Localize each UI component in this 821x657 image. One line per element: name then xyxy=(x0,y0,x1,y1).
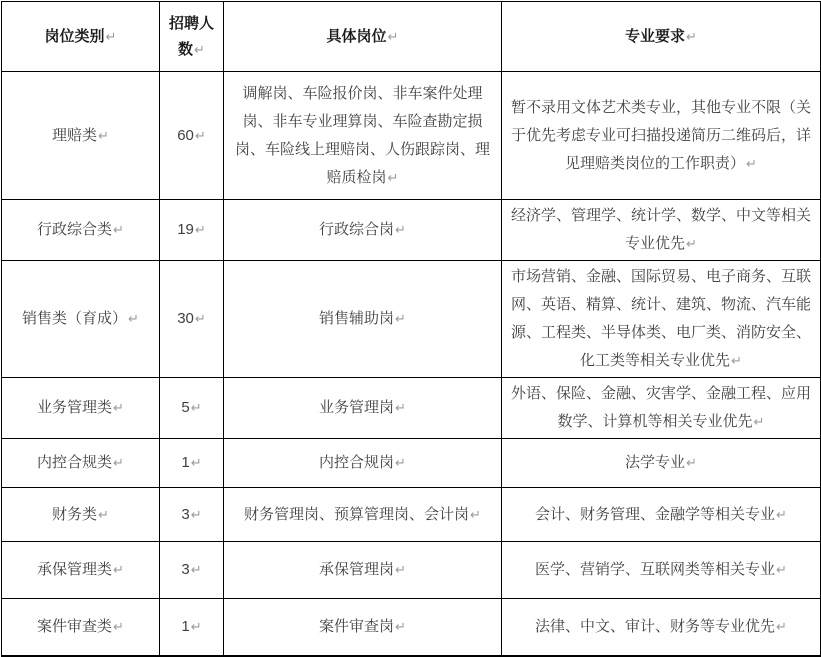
return-mark-icon: ↵ xyxy=(387,170,399,185)
requirements-text: 医学、营销学、互联网类等相关专业 xyxy=(535,561,775,578)
return-mark-icon: ↵ xyxy=(112,455,124,470)
positions-cell: 案件审查岗↵ xyxy=(224,599,502,656)
positions-cell: 财务管理岗、预算管理岗、会计岗↵ xyxy=(224,488,502,542)
return-mark-icon: ↵ xyxy=(194,222,206,237)
category-cell: 销售类（育成）↵ xyxy=(2,261,160,378)
header-cell-category: 岗位类别↵ xyxy=(2,2,160,72)
count-cell: 60↵ xyxy=(160,72,224,200)
return-mark-icon: ↵ xyxy=(112,222,124,237)
count-text: 3 xyxy=(181,561,189,578)
requirements-text: 会计、财务管理、金融学等相关专业 xyxy=(535,506,775,523)
count-cell: 30↵ xyxy=(160,261,224,378)
return-mark-icon: ↵ xyxy=(97,128,109,143)
requirements-cell: 市场营销、金融、国际贸易、电子商务、互联网、英语、精算、统计、建筑、物流、汽车能… xyxy=(502,261,821,378)
category-text: 财务类 xyxy=(52,506,97,523)
requirements-cell: 会计、财务管理、金融学等相关专业↵ xyxy=(502,488,821,542)
category-cell: 理赔类↵ xyxy=(2,72,160,200)
category-cell: 内控合规类↵ xyxy=(2,439,160,488)
positions-cell: 销售辅助岗↵ xyxy=(224,261,502,378)
positions-text: 承保管理岗 xyxy=(319,561,394,578)
return-mark-icon: ↵ xyxy=(775,507,787,522)
positions-text: 财务管理岗、预算管理岗、会计岗 xyxy=(244,506,469,523)
category-text: 业务管理类 xyxy=(37,399,112,416)
return-mark-icon: ↵ xyxy=(112,562,124,577)
return-mark-icon: ↵ xyxy=(775,619,787,634)
requirements-text: 法律、中文、审计、财务等专业优先 xyxy=(535,618,775,635)
count-text: 5 xyxy=(181,399,189,416)
category-cell: 承保管理类↵ xyxy=(2,542,160,599)
count-cell: 3↵ xyxy=(160,488,224,542)
count-cell: 5↵ xyxy=(160,378,224,439)
recruitment-table: 岗位类别↵ 招聘人数↵ 具体岗位↵ 专业要求↵ 理赔类↵ 60↵ 调解岗、车险报… xyxy=(1,1,821,657)
return-mark-icon: ↵ xyxy=(753,414,765,429)
return-mark-icon: ↵ xyxy=(387,29,399,44)
positions-cell: 调解岗、车险报价岗、非车案件处理岗、非车专业理算岗、车险查勘定损岗、车险线上理赔… xyxy=(224,72,502,200)
return-mark-icon: ↵ xyxy=(194,311,206,326)
positions-cell: 承保管理岗↵ xyxy=(224,542,502,599)
return-mark-icon: ↵ xyxy=(730,353,742,368)
header-label: 招聘人数 xyxy=(169,15,214,58)
requirements-cell: 暂不录用文体艺术类专业，其他专业不限（关于优先考虑专业可扫描投递简历二维码后，详… xyxy=(502,72,821,200)
return-mark-icon: ↵ xyxy=(190,455,202,470)
positions-text: 行政综合岗 xyxy=(319,221,394,238)
requirements-cell: 外语、保险、金融、灾害学、金融工程、应用数学、计算机等相关专业优先↵ xyxy=(502,378,821,439)
header-label: 专业要求 xyxy=(625,28,685,45)
return-mark-icon: ↵ xyxy=(685,455,697,470)
category-cell: 财务类↵ xyxy=(2,488,160,542)
return-mark-icon: ↵ xyxy=(112,619,124,634)
return-mark-icon: ↵ xyxy=(190,619,202,634)
count-cell: 1↵ xyxy=(160,599,224,656)
return-mark-icon: ↵ xyxy=(190,562,202,577)
positions-text: 销售辅助岗 xyxy=(319,310,394,327)
return-mark-icon: ↵ xyxy=(190,507,202,522)
table-row: 销售类（育成）↵ 30↵ 销售辅助岗↵ 市场营销、金融、国际贸易、电子商务、互联… xyxy=(2,261,821,378)
header-cell-positions: 具体岗位↵ xyxy=(224,2,502,72)
category-cell: 行政综合类↵ xyxy=(2,200,160,261)
header-label: 具体岗位 xyxy=(327,28,387,45)
table-row: 理赔类↵ 60↵ 调解岗、车险报价岗、非车案件处理岗、非车专业理算岗、车险查勘定… xyxy=(2,72,821,200)
header-cell-count: 招聘人数↵ xyxy=(160,2,224,72)
requirements-text: 暂不录用文体艺术类专业，其他专业不限（关于优先考虑专业可扫描投递简历二维码后，详… xyxy=(511,99,811,172)
return-mark-icon: ↵ xyxy=(112,400,124,415)
category-text: 承保管理类 xyxy=(37,561,112,578)
requirements-text: 法学专业 xyxy=(625,454,685,471)
return-mark-icon: ↵ xyxy=(105,29,117,44)
category-text: 理赔类 xyxy=(52,127,97,144)
positions-cell: 业务管理岗↵ xyxy=(224,378,502,439)
count-cell: 19↵ xyxy=(160,200,224,261)
positions-text: 业务管理岗 xyxy=(319,399,394,416)
table-row: 财务类↵ 3↵ 财务管理岗、预算管理岗、会计岗↵ 会计、财务管理、金融学等相关专… xyxy=(2,488,821,542)
return-mark-icon: ↵ xyxy=(193,42,205,57)
category-text: 行政综合类 xyxy=(37,221,112,238)
return-mark-icon: ↵ xyxy=(394,311,406,326)
return-mark-icon: ↵ xyxy=(745,156,757,171)
return-mark-icon: ↵ xyxy=(394,619,406,634)
return-mark-icon: ↵ xyxy=(127,311,139,326)
category-text: 销售类（育成） xyxy=(22,310,127,327)
category-cell: 案件审查类↵ xyxy=(2,599,160,656)
table-row: 承保管理类↵ 3↵ 承保管理岗↵ 医学、营销学、互联网类等相关专业↵ xyxy=(2,542,821,599)
requirements-text: 外语、保险、金融、灾害学、金融工程、应用数学、计算机等相关专业优先 xyxy=(511,385,811,430)
header-cell-requirements: 专业要求↵ xyxy=(502,2,821,72)
count-text: 1 xyxy=(181,454,189,471)
return-mark-icon: ↵ xyxy=(685,29,697,44)
positions-cell: 内控合规岗↵ xyxy=(224,439,502,488)
return-mark-icon: ↵ xyxy=(394,400,406,415)
positions-text: 案件审查岗 xyxy=(319,618,394,635)
return-mark-icon: ↵ xyxy=(775,562,787,577)
count-text: 60 xyxy=(177,127,194,144)
return-mark-icon: ↵ xyxy=(394,222,406,237)
requirements-cell: 法学专业↵ xyxy=(502,439,821,488)
count-cell: 1↵ xyxy=(160,439,224,488)
count-cell: 3↵ xyxy=(160,542,224,599)
category-text: 内控合规类 xyxy=(37,454,112,471)
table-row: 业务管理类↵ 5↵ 业务管理岗↵ 外语、保险、金融、灾害学、金融工程、应用数学、… xyxy=(2,378,821,439)
requirements-cell: 经济学、管理学、统计学、数学、中文等相关专业优先↵ xyxy=(502,200,821,261)
return-mark-icon: ↵ xyxy=(194,128,206,143)
table-row: 案件审查类↵ 1↵ 案件审查岗↵ 法律、中文、审计、财务等专业优先↵ xyxy=(2,599,821,656)
category-text: 案件审查类 xyxy=(37,618,112,635)
positions-text: 调解岗、车险报价岗、非车案件处理岗、非车专业理算岗、车险查勘定损岗、车险线上理赔… xyxy=(235,85,490,186)
count-text: 3 xyxy=(181,506,189,523)
return-mark-icon: ↵ xyxy=(469,507,481,522)
return-mark-icon: ↵ xyxy=(394,562,406,577)
return-mark-icon: ↵ xyxy=(97,507,109,522)
positions-text: 内控合规岗 xyxy=(319,454,394,471)
return-mark-icon: ↵ xyxy=(190,400,202,415)
requirements-cell: 医学、营销学、互联网类等相关专业↵ xyxy=(502,542,821,599)
count-text: 19 xyxy=(177,221,194,238)
count-text: 30 xyxy=(177,310,194,327)
table-row: 行政综合类↵ 19↵ 行政综合岗↵ 经济学、管理学、统计学、数学、中文等相关专业… xyxy=(2,200,821,261)
count-text: 1 xyxy=(181,618,189,635)
table-row: 内控合规类↵ 1↵ 内控合规岗↵ 法学专业↵ xyxy=(2,439,821,488)
header-label: 岗位类别 xyxy=(45,28,105,45)
header-row: 岗位类别↵ 招聘人数↵ 具体岗位↵ 专业要求↵ xyxy=(2,2,821,72)
requirements-text: 经济学、管理学、统计学、数学、中文等相关专业优先 xyxy=(511,207,811,252)
return-mark-icon: ↵ xyxy=(685,236,697,251)
requirements-text: 市场营销、金融、国际贸易、电子商务、互联网、英语、精算、统计、建筑、物流、汽车能… xyxy=(511,268,811,369)
positions-cell: 行政综合岗↵ xyxy=(224,200,502,261)
requirements-cell: 法律、中文、审计、财务等专业优先↵ xyxy=(502,599,821,656)
return-mark-icon: ↵ xyxy=(394,455,406,470)
category-cell: 业务管理类↵ xyxy=(2,378,160,439)
